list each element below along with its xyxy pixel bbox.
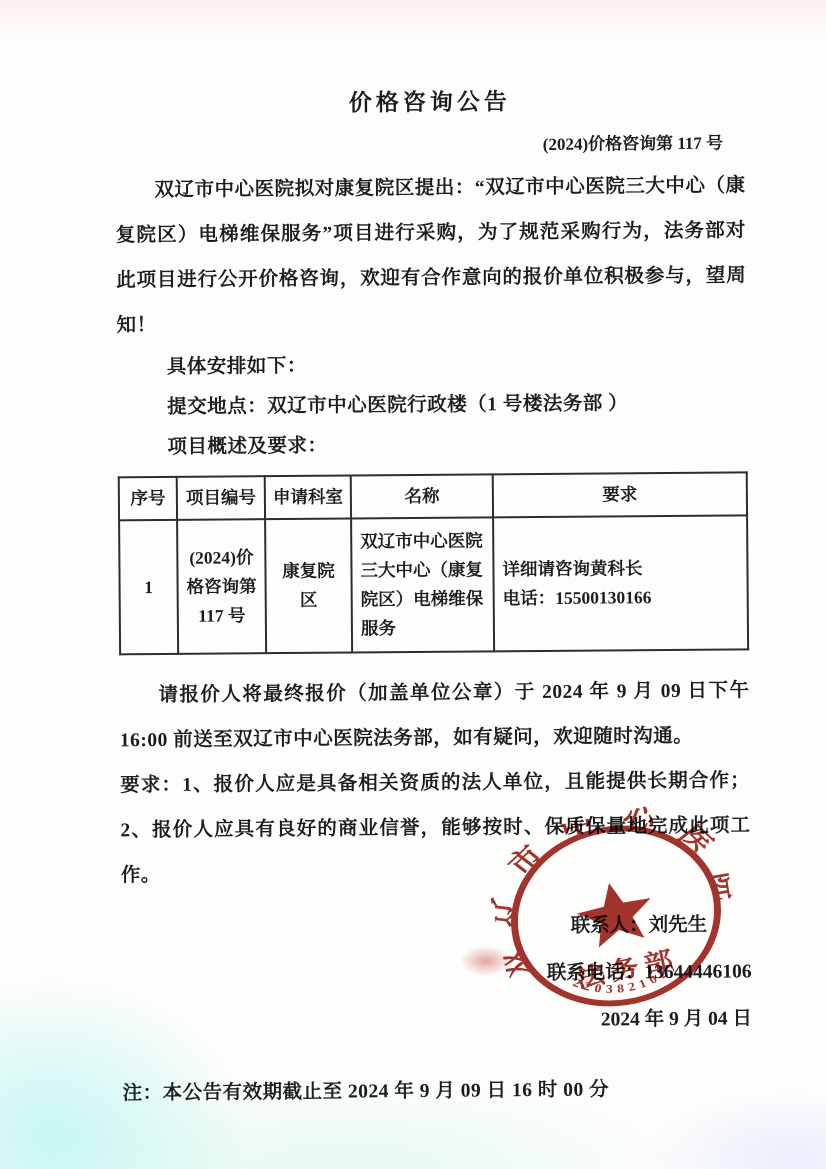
document-title: 价格咨询公告: [115, 81, 745, 119]
requirements-paragraph: 要求：1、报价人应是具备相关资质的法人单位，且能提供长期合作；2、报价人应具有良…: [120, 758, 751, 898]
ink-smudge-artifact: [460, 946, 512, 976]
document-page: 价格咨询公告 (2024)价格咨询第 117 号 双辽市中心医院拟对康复院区提出…: [0, 0, 826, 1169]
contact-phone: 联系电话：13644446106: [121, 948, 751, 1000]
validity-note: 注：本公告有效期截止至 2024 年 9 月 09 日 16 时 00 分: [122, 1072, 752, 1105]
cell-name: 双辽市中心医院三大中心（康复院区）电梯维保服务: [351, 518, 494, 653]
table-header-project-no: 项目编号: [177, 476, 265, 520]
cell-project-no: (2024)价格咨询第 117 号: [177, 520, 266, 654]
requirements-text: 1、报价人应是具备相关资质的法人单位，且能提供长期合作；2、报价人应具有良好的商…: [120, 770, 750, 886]
deadline-paragraph: 请报价人将最终报价（加盖单位公章）于 2024 年 9 月 09 日下午 16:…: [119, 668, 750, 763]
project-table: 序号 项目编号 申请科室 名称 要求 1 (2024)价格咨询第 117 号 康…: [118, 471, 749, 655]
table-header-seq: 序号: [119, 477, 177, 521]
cell-requirement: 详细请咨询黄科长 电话：15500130166: [493, 516, 748, 651]
intro-paragraph: 双辽市中心医院拟对康复院区提出：“双辽市中心医院三大中心（康复院区）电梯维保服务…: [115, 163, 746, 348]
table-header-name: 名称: [351, 474, 493, 518]
requirement-contact: 详细请咨询黄科长: [502, 554, 738, 585]
cell-seq: 1: [119, 520, 178, 654]
submission-location: 提交地点：双辽市中心医院行政楼（1 号楼法务部 ）: [117, 383, 747, 428]
requirements-label: 要求：: [120, 775, 182, 796]
overview-heading: 项目概述及要求：: [117, 423, 747, 468]
signature-block: 联系人：刘先生 联系电话：13644446106 2024 年 9 月 04 日: [121, 901, 752, 1047]
table-header-row: 序号 项目编号 申请科室 名称 要求: [119, 472, 747, 520]
cell-department: 康复院区: [265, 519, 352, 653]
document-number: (2024)价格咨询第 117 号: [115, 128, 745, 158]
table-header-requirement: 要求: [493, 472, 747, 517]
table-row: 1 (2024)价格咨询第 117 号 康复院区 双辽市中心医院三大中心（康复院…: [119, 516, 748, 654]
signature-date: 2024 年 9 月 04 日: [122, 995, 752, 1047]
table-header-department: 申请科室: [265, 476, 351, 520]
requirement-phone: 电话：15500130166: [503, 583, 739, 614]
contact-person: 联系人：刘先生: [121, 901, 751, 953]
document-content: 价格咨询公告 (2024)价格咨询第 117 号 双辽市中心医院拟对康复院区提出…: [0, 0, 826, 1169]
arrangement-heading: 具体安排如下：: [117, 343, 747, 388]
